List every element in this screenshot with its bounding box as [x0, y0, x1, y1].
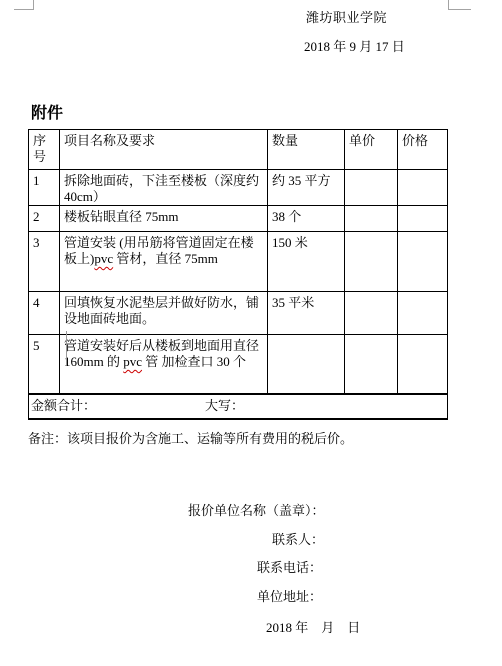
- sign-address-label: 单位地址：: [257, 586, 322, 605]
- cell-no: 1: [29, 170, 60, 206]
- amount-in-words-label: 大写：: [205, 398, 244, 414]
- page-corner-mark-right: [448, 0, 471, 10]
- table-row: 3 管道安装 (用吊筋将管道固定在楼板上)pvc 管材，直径 75mm 150 …: [29, 232, 448, 292]
- misspelled-word: pvc: [123, 354, 142, 369]
- document-page: 潍坊职业学院 2018 年 9 月 17 日 附件 序号 项目名称及要求 数量 …: [0, 0, 502, 666]
- table-row: 4 回填恢复水泥垫层并做好防水，铺设地面砖地面。 35 平米: [29, 292, 448, 335]
- table-total-row: 金额合计： 大写：: [29, 394, 448, 419]
- header-cell-qty: 数量: [268, 130, 345, 170]
- cell-unit-price: [345, 292, 398, 335]
- total-label: 金额合计：: [31, 398, 96, 413]
- table-header-row: 序号 项目名称及要求 数量 单价 价格: [29, 130, 448, 170]
- table-row: 2 楼板钻眼直径 75mm 38 个: [29, 206, 448, 232]
- header-cell-no: 序号: [29, 130, 60, 170]
- table-row: 1 拆除地面砖，下洼至楼板（深度约 40cm） 约 35 平方: [29, 170, 448, 206]
- cell-qty: 150 米: [268, 232, 345, 292]
- desc-text: 管材，直径 75mm: [113, 251, 218, 266]
- total-cell: 金额合计： 大写：: [29, 394, 448, 419]
- cell-desc: 楼板钻眼直径 75mm: [60, 206, 268, 232]
- cell-unit-price: [345, 335, 398, 395]
- sign-company-label: 报价单位名称（盖章）：: [188, 500, 325, 519]
- cell-unit-price: [345, 170, 398, 206]
- cell-price: [398, 170, 448, 206]
- table-row: 5 管道安装好后从楼板到地面用直径 160mm 的 pvc 管 加检查口 30 …: [29, 335, 448, 395]
- header-cell-unit-price: 单价: [345, 130, 398, 170]
- cell-no: 3: [29, 232, 60, 292]
- cell-no: 2: [29, 206, 60, 232]
- cell-price: [398, 335, 448, 395]
- sign-date-line: 2018 年 月 日: [266, 617, 360, 636]
- quotation-table: 序号 项目名称及要求 数量 单价 价格 1 拆除地面砖，下洼至楼板（深度约 40…: [28, 129, 448, 420]
- cell-price: [398, 232, 448, 292]
- cell-price: [398, 206, 448, 232]
- cell-desc: 管道安装 (用吊筋将管道固定在楼板上)pvc 管材，直径 75mm: [60, 232, 268, 292]
- org-name: 潍坊职业学院: [306, 7, 387, 26]
- cell-qty: [268, 335, 345, 395]
- page-corner-mark-left: [14, 0, 34, 10]
- sign-contact-label: 联系人：: [272, 529, 324, 548]
- attachment-heading: 附件: [31, 100, 63, 123]
- cell-desc: 管道安装好后从楼板到地面用直径 160mm 的 pvc 管 加检查口 30 个: [60, 335, 268, 395]
- cell-desc: 回填恢复水泥垫层并做好防水，铺设地面砖地面。: [60, 292, 268, 335]
- header-cell-price: 价格: [398, 130, 448, 170]
- cell-desc: 拆除地面砖，下洼至楼板（深度约 40cm）: [60, 170, 268, 206]
- cell-qty: 约 35 平方: [268, 170, 345, 206]
- cell-qty: 38 个: [268, 206, 345, 232]
- text-cursor: [66, 331, 67, 365]
- cell-unit-price: [345, 206, 398, 232]
- header-cell-desc: 项目名称及要求: [60, 130, 268, 170]
- document-date: 2018 年 9 月 17 日: [304, 36, 405, 55]
- cell-no: 5: [29, 335, 60, 395]
- cell-price: [398, 292, 448, 335]
- cell-unit-price: [345, 232, 398, 292]
- cell-qty: 35 平米: [268, 292, 345, 335]
- cell-no: 4: [29, 292, 60, 335]
- sign-phone-label: 联系电话：: [257, 557, 322, 576]
- note-text: 备注：该项目报价为含施工、运输等所有费用的税后价。: [28, 428, 353, 447]
- misspelled-word: pvc: [94, 251, 113, 266]
- desc-text: 管 加检查口 30 个: [142, 354, 246, 369]
